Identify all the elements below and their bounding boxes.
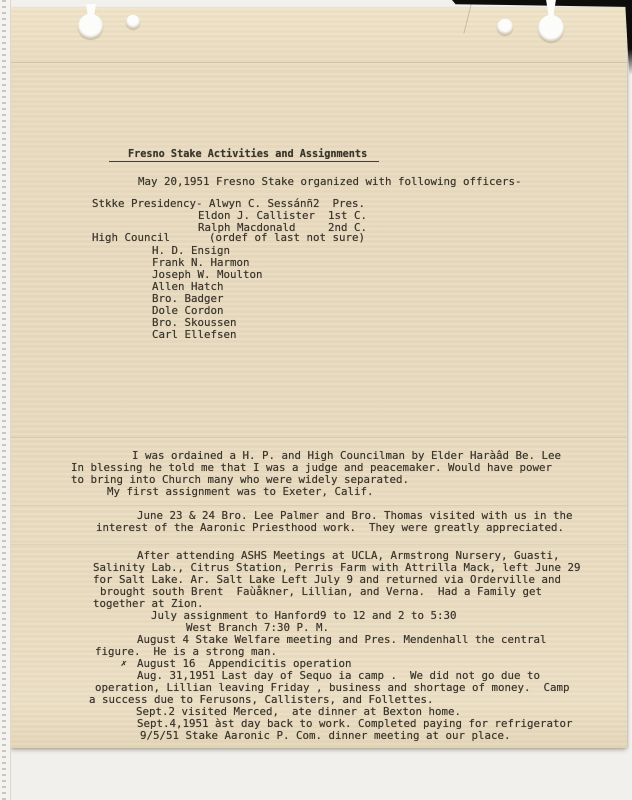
typed-line: My first assignment was to Exeter, Calif… [107,486,374,498]
typed-line: High Council (ordef of last not sure) [92,232,365,244]
paper-crease [10,437,627,438]
typed-line: interest of the Aaronic Priesthood work.… [96,522,564,534]
punched-hole [126,15,140,29]
scanner-edge-strip [0,0,11,800]
paper-crease [10,544,627,545]
heading-text: Fresno Stake Activities and Assignments [109,149,379,162]
paper-crease [10,62,627,63]
punched-hole [497,19,513,35]
scanned-page: Fresno Stake Activities and Assignments … [0,0,632,800]
typed-line: 9/5/51 Stake Aaronic P. Com. dinner meet… [140,730,511,742]
scanner-lid-shadow [452,0,632,7]
document-heading: Fresno Stake Activities and Assignments [128,148,379,161]
paper-crease [10,505,627,506]
typed-line: Carl Ellefsen [152,329,237,341]
perforation-texture [2,0,6,800]
typed-line: May 20,1951 Fresno Stake organized with … [138,176,522,188]
